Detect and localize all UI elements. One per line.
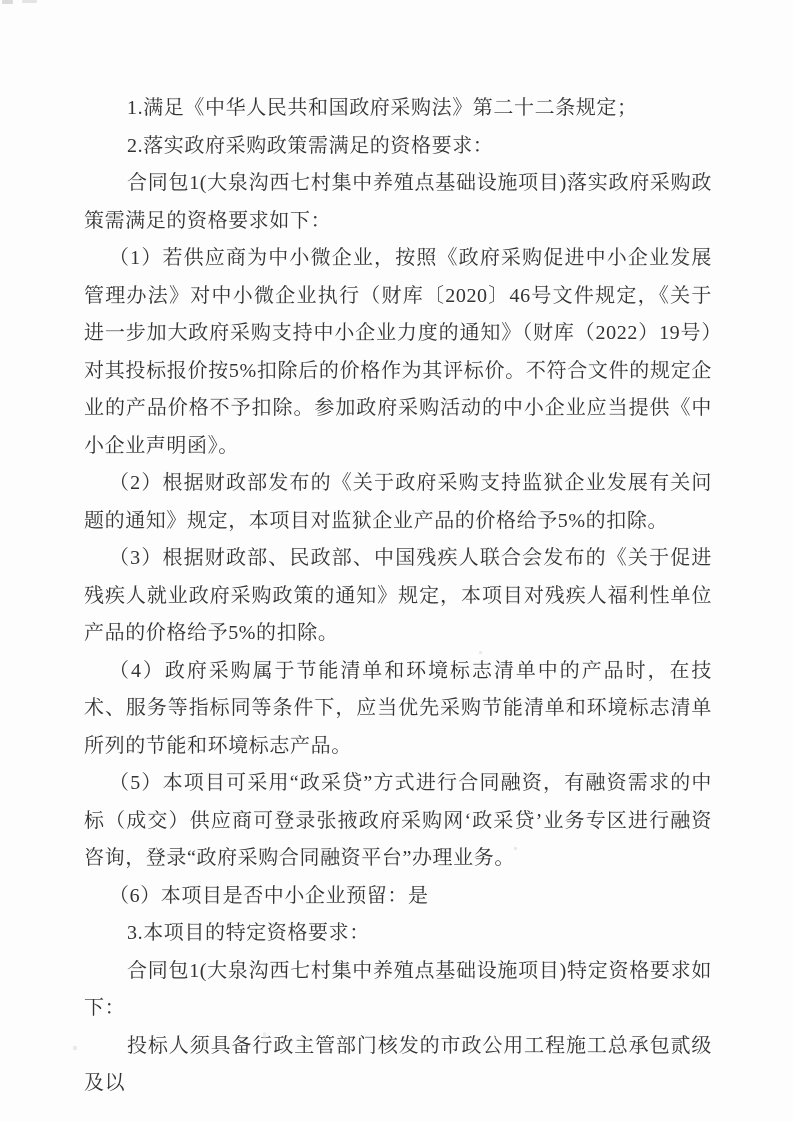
policy-item-6: （6）本项目是否中小企业预留：是 [84, 878, 712, 916]
policy-item-2: （2）根据财政部发布的《关于政府采购支持监狱企业发展有关问题的通知》规定，本项目… [84, 465, 712, 540]
policy-item-4: （4）政府采购属于节能清单和环境标志清单中的产品时，在技术、服务等指标同等条件下… [84, 653, 712, 766]
scan-artifact-speck [514, 847, 517, 850]
policy-item-1: （1）若供应商为中小微企业，按照《政府采购促进中小企业发展管理办法》对中小微企业… [84, 240, 712, 465]
scan-artifact-speck [73, 1046, 77, 1050]
specific-requirement-partial: 投标人须具备行政主管部门核发的市政公用工程施工总承包贰级及以 [84, 1028, 712, 1103]
document-text-block: 1.满足《中华人民共和国政府采购法》第二十二条规定； 2.落实政府采购政策需满足… [84, 90, 712, 1103]
clause-1: 1.满足《中华人民共和国政府采购法》第二十二条规定； [84, 90, 712, 128]
scanned-document-page: 1.满足《中华人民共和国政府采购法》第二十二条规定； 2.落实政府采购政策需满足… [0, 0, 793, 1121]
policy-item-5: （5）本项目可采用“政采贷”方式进行合同融资，有融资需求的中标（成交）供应商可登… [84, 765, 712, 878]
package1-policy-intro: 合同包1(大泉沟西七村集中养殖点基础设施项目)落实政府采购政策需满足的资格要求如… [84, 165, 712, 240]
scan-artifact-speck [22, 0, 37, 3]
scan-artifact-speck [479, 651, 482, 654]
scan-artifact-speck [2, 0, 13, 4]
scan-artifact-speck [263, 1032, 266, 1039]
clause-2: 2.落实政府采购政策需满足的资格要求： [84, 128, 712, 166]
package1-specific-intro: 合同包1(大泉沟西七村集中养殖点基础设施项目)特定资格要求如下： [84, 953, 712, 1028]
policy-item-3: （3）根据财政部、民政部、中国残疾人联合会发布的《关于促进残疾人就业政府采购政策… [84, 540, 712, 653]
clause-3: 3.本项目的特定资格要求： [84, 915, 712, 953]
